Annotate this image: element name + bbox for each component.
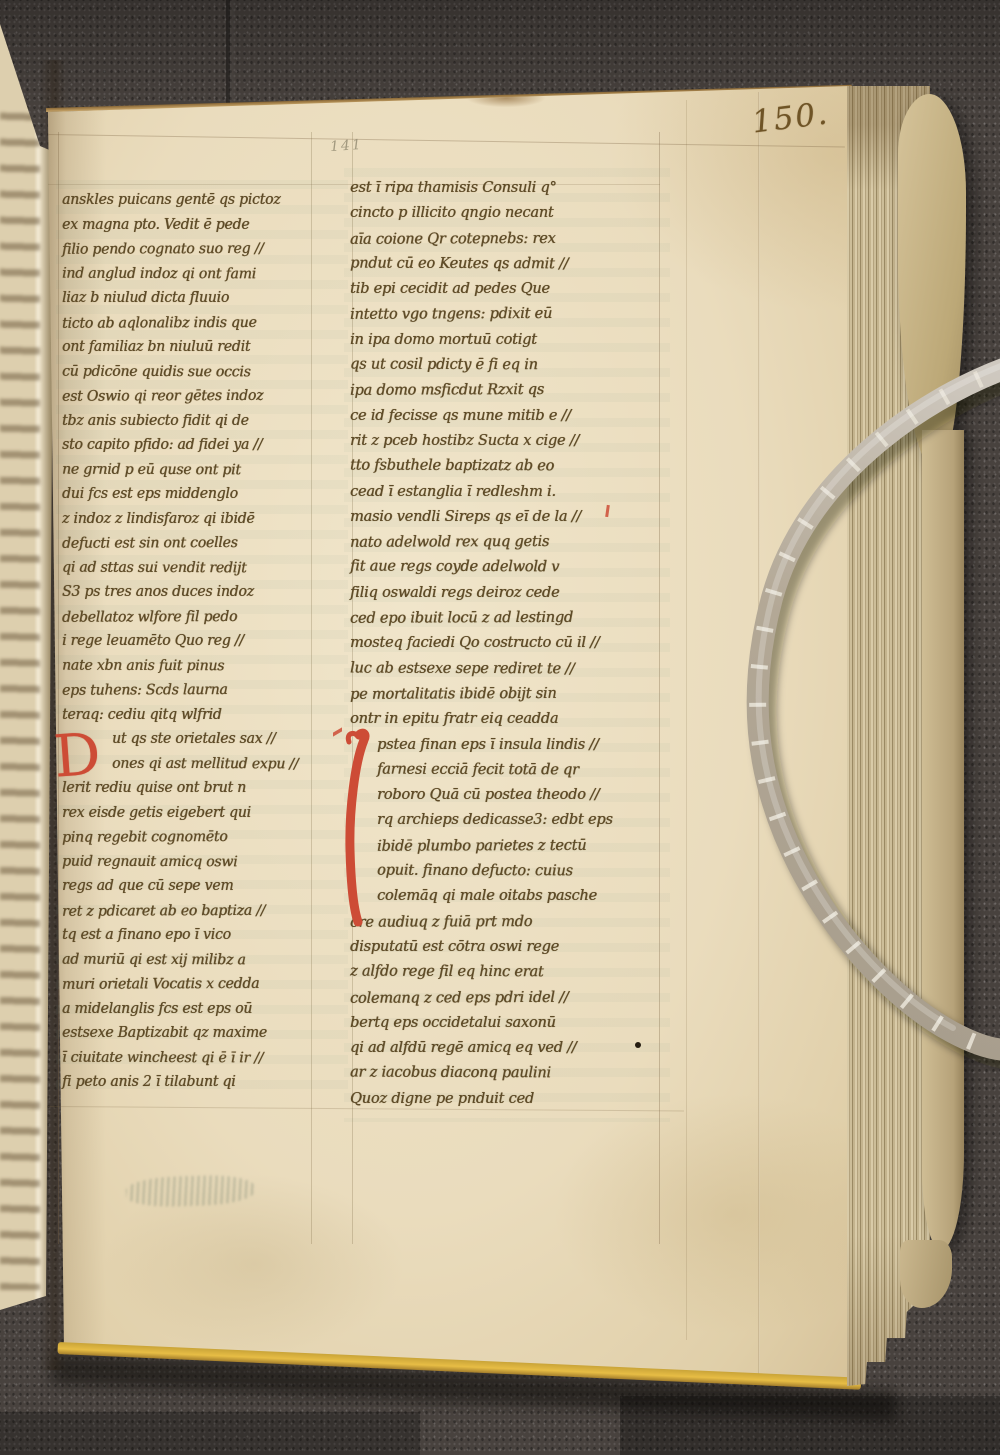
fore-edge-outer-leaf-bottom bbox=[900, 1240, 952, 1308]
manuscript-text-line: qs ut cosil pdicty ē fi eq in bbox=[350, 352, 664, 379]
manuscript-text-line: rex eisde getis eigebert qui bbox=[62, 800, 342, 825]
manuscript-photo: anskles puicans gentē qs pictozex magna … bbox=[0, 0, 1000, 1455]
foam-block-shadow-right bbox=[620, 1396, 1000, 1455]
manuscript-text-line: in ipa domo mortuū cotigt bbox=[350, 327, 664, 353]
manuscript-text-line: ret z pdicaret ab eo baptiza // bbox=[62, 898, 342, 924]
manuscript-text-line: estsexe Baptizabit qz maxime bbox=[62, 1021, 342, 1046]
manuscript-text-line: ne grnid p eū quse ont pit bbox=[62, 457, 342, 483]
manuscript-text-line: i rege leuamēto Quo reg // bbox=[62, 629, 342, 654]
manuscript-text-line: est Oswio qi reor gētes indoz bbox=[62, 383, 342, 409]
manuscript-text-line: luc ab estsexe sepe rediret te // bbox=[350, 656, 664, 683]
manuscript-text-line: sto capito pfido: ad fidei ya // bbox=[62, 433, 342, 458]
manuscript-text-line: ce id fecisse qs mune mitib e // bbox=[350, 403, 664, 429]
manuscript-text-line: S3 ps tres anos duces indoz bbox=[62, 580, 342, 605]
manuscript-text-line: tto fsbuthele baptizatz ab eo bbox=[350, 453, 664, 480]
manuscript-text-line: disputatū est cōtra oswi rege bbox=[350, 935, 664, 961]
facing-page-blurred-text bbox=[0, 110, 40, 1290]
manuscript-text-line: pstea finan eps ī insula lindis // bbox=[377, 732, 664, 758]
manuscript-text-line: aīa coione Qr cotepnebs: rex bbox=[350, 226, 664, 253]
text-column-left: anskles puicans gentē qs pictozex magna … bbox=[62, 188, 342, 1095]
manuscript-text-line: bertq eps occidetalui saxonū bbox=[350, 1010, 664, 1036]
manuscript-text-line: regs ad que cū sepe vem bbox=[62, 874, 342, 899]
manuscript-text-line: fi peto anis 2 ī tilabunt qi bbox=[62, 1070, 342, 1095]
manuscript-text-line: colemāq qi male oitabs pasche bbox=[377, 884, 664, 910]
manuscript-text-line: intetto vgo tngens: pdixit eū bbox=[350, 301, 664, 328]
manuscript-text-line: ex magna pto. Vedit ē pede bbox=[62, 212, 342, 237]
manuscript-text-line: tq est a finano epo ī vico bbox=[62, 923, 342, 948]
manuscript-text-line: dui fcs est eps middenglo bbox=[62, 482, 342, 507]
manuscript-text-line: tbz anis subiecto fidit qi de bbox=[62, 408, 342, 433]
rubric-initial-d: D bbox=[52, 724, 108, 789]
manuscript-text-line: z alfdo rege fil eq hinc erat bbox=[350, 959, 664, 986]
ink-blot bbox=[635, 1042, 641, 1048]
manuscript-text-line: rit z pceb hostibz Sucta x cige // bbox=[350, 429, 664, 455]
manuscript-text-line: anskles puicans gentē qs pictoz bbox=[62, 188, 342, 213]
manuscript-text-line: mosteq faciedi Qo costructo cū il // bbox=[350, 631, 664, 657]
manuscript-text-line: ind anglud indoz qi ont fami bbox=[62, 261, 342, 287]
manuscript-text-line: pe mortalitatis ibidē obijt sin bbox=[350, 681, 664, 708]
manuscript-text-line: est ī ripa thamisis Consuli q° bbox=[350, 176, 664, 202]
foam-block-shadow-left bbox=[0, 1412, 420, 1455]
manuscript-text-line: farnesi ecciā fecit totā de qr bbox=[377, 757, 664, 784]
manuscript-text-line: cincto p illicito qngio necant bbox=[350, 201, 664, 227]
manuscript-text-line: ced epo ibuit locū z ad lestingd bbox=[350, 605, 664, 632]
manuscript-text-line: roboro Quā cū postea theodo // bbox=[377, 783, 664, 809]
page-crease bbox=[758, 92, 760, 1378]
manuscript-text-line: ī ciuitate wincheest qi ē ī ir // bbox=[62, 1045, 342, 1071]
manuscript-text-line: colemanq z ced eps pdri idel // bbox=[350, 984, 664, 1011]
manuscript-text-line: z indoz z lindisfaroz qi ibidē bbox=[62, 506, 342, 531]
manuscript-text-line: ontr in epitu fratr eiq ceadda bbox=[350, 707, 664, 733]
manuscript-text-line: ipa domo msficdut Rzxit qs bbox=[350, 377, 664, 404]
ruling-line-left bbox=[58, 132, 59, 1244]
manuscript-text-line: a midelanglis fcs est eps oū bbox=[62, 996, 342, 1021]
manuscript-text-line: puid regnauit amicq oswi bbox=[62, 849, 342, 875]
manuscript-text-line: ones qi ast mellitud expu // bbox=[112, 751, 342, 777]
manuscript-text-line: ad muriū qi est xij milibz a bbox=[62, 947, 342, 973]
manuscript-text-line: nate xbn anis fuit pinus bbox=[62, 653, 342, 679]
manuscript-text-line: ut qs ste orietales sax // bbox=[112, 727, 342, 752]
manuscript-text-line: pndut cū eo Keutes qs admit // bbox=[350, 251, 664, 278]
manuscript-text-line: filio pendo cognato suo reg // bbox=[62, 236, 342, 262]
manuscript-text-line: nato adelwold rex quq getis bbox=[350, 529, 664, 556]
manuscript-text-line: ont familiaz bn niuluū redit bbox=[62, 335, 342, 360]
manuscript-text-line: debellatoz wlfore fil pedo bbox=[62, 604, 342, 630]
manuscript-text-line: muri orietali Vocatis x cedda bbox=[62, 971, 342, 997]
manuscript-text-line: fit aue regs coyde adelwold v bbox=[350, 555, 664, 582]
ruling-line-margin-right bbox=[686, 100, 687, 1340]
manuscript-text-line: defucti est sin ont coelles bbox=[62, 530, 342, 556]
fore-edge-outer-leaf bbox=[922, 430, 964, 1250]
manuscript-text-line: liaz b niulud dicta fluuio bbox=[62, 286, 342, 311]
manuscript-text-line: ticto ab aqlonalibz indis que bbox=[62, 310, 342, 336]
rubric-initial-i: I bbox=[342, 728, 372, 930]
manuscript-text-line: masio vendli Sireps qs eī de la // bbox=[350, 504, 664, 530]
manuscript-text-line: filiq oswaldi regs deiroz cede bbox=[350, 580, 664, 606]
manuscript-text-line: qi ad alfdū regē amicq eq ved // bbox=[350, 1036, 664, 1062]
manuscript-text-line: pinq regebit cognomēto bbox=[62, 824, 342, 850]
text-column-right: est ī ripa thamisis Consuli q°cincto p i… bbox=[350, 176, 664, 1112]
manuscript-text-line: rq archieps dedicasse3: edbt eps bbox=[377, 808, 664, 834]
manuscript-text-line: ar z iacobus diaconq paulini bbox=[350, 1060, 664, 1087]
manuscript-text-line: eps tuhens: Scds laurna bbox=[62, 677, 342, 703]
manuscript-text-line: cead ī estanglia ī redleshm i. bbox=[350, 479, 664, 505]
manuscript-text-line: qi ad sttas sui vendit redijt bbox=[62, 555, 342, 581]
manuscript-text-line: opuit. finano defucto: cuius bbox=[377, 858, 664, 885]
manuscript-text-line: Quoz digne pe pnduit ced bbox=[350, 1086, 664, 1112]
manuscript-text-line: teraq: cediu qitq wlfrid bbox=[62, 702, 342, 727]
manuscript-text-line: tib epi cecidit ad pedes Que bbox=[350, 277, 664, 303]
manuscript-text-line: ore audiuq z fuiā prt mdo bbox=[350, 909, 664, 936]
pencil-folio-number: 141 bbox=[329, 137, 363, 155]
manuscript-text-line: ibidē plumbo parietes z tectū bbox=[377, 833, 664, 860]
support-foam-seam bbox=[226, 0, 230, 108]
manuscript-text-line: cū pdicōne quidis sue occis bbox=[62, 359, 342, 385]
